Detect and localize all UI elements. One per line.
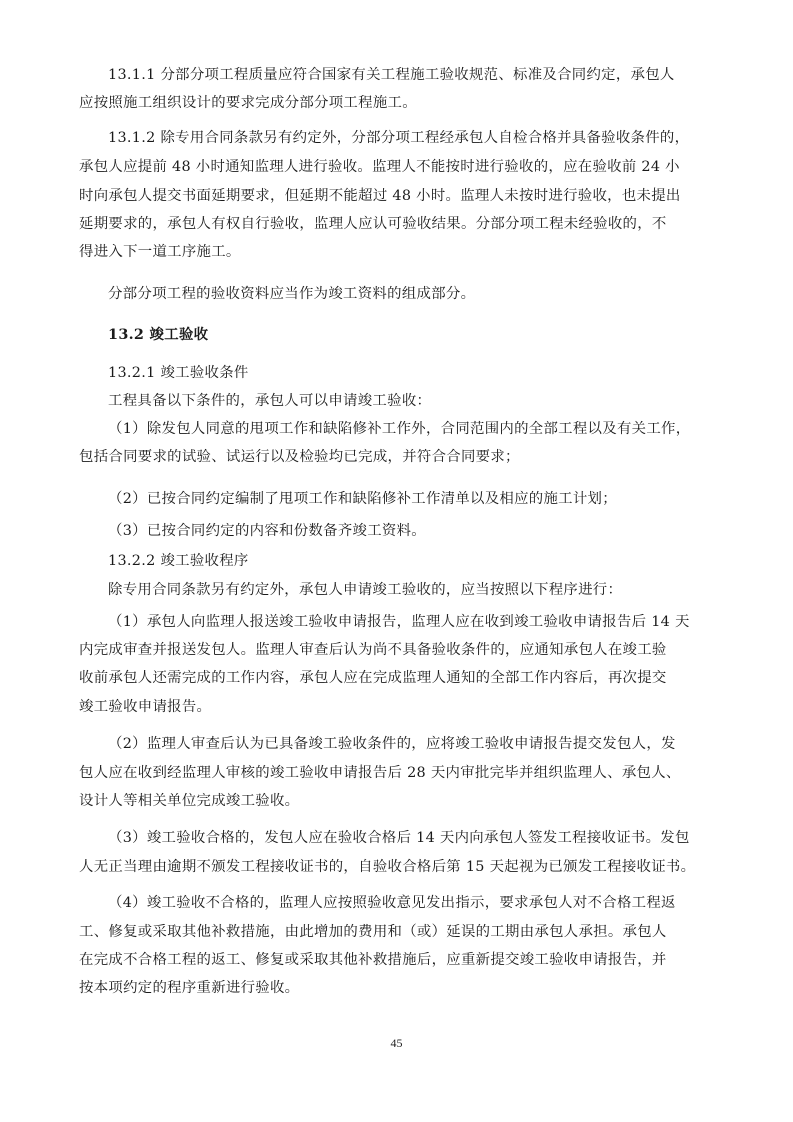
text-line: 除专用合同条款另有约定外，承包人申请竣工验收的，应当按照以下程序进行： bbox=[108, 580, 622, 600]
text-line: 13.1.1 分部分项工程质量应符合国家有关工程施工验收规范、标准及合同约定，承… bbox=[108, 65, 675, 85]
text-line: 包人应在收到经监理人审核的竣工验收申请报告后 28 天内审批完毕并组织监理人、承… bbox=[79, 763, 681, 783]
text-line: 得进入下一道工序施工。 bbox=[79, 242, 241, 262]
text-line: 收前承包人还需完成的工作内容，承包人应在完成监理人通知的全部工作内容后，再次提交 bbox=[79, 668, 667, 688]
text-line: （2）已按合同约定编制了甩项工作和缺陷修补工作清单以及相应的施工计划； bbox=[108, 489, 617, 509]
text-line: （1）除发包人同意的甩项工作和缺陷修补工作外，合同范围内的全部工程以及有关工作， bbox=[108, 419, 690, 439]
text-line: 时向承包人提交书面延期要求，但延期不能超过 48 小时。监理人未按时进行验收，也… bbox=[79, 186, 681, 206]
text-line: 应按照施工组织设计的要求完成分部分项工程施工。 bbox=[79, 93, 417, 113]
text-line: （2）监理人审查后认为已具备竣工验收条件的，应将竣工验收申请报告提交发包人，发 bbox=[108, 734, 676, 754]
text-line: 承包人应提前 48 小时通知监理人进行验收。监理人不能按时进行验收的，应在验收前… bbox=[79, 157, 680, 177]
text-line: （4）竣工验收不合格的，监理人应按照验收意见发出指示，要求承包人对不合格工程返 bbox=[108, 893, 676, 913]
text-line: 在完成不合格工程的返工、修复或采取其他补救措施后，应重新提交竣工验收申请报告，并 bbox=[79, 950, 667, 970]
text-line: （3）已按合同约定的内容和份数备齐竣工资料。 bbox=[108, 521, 426, 541]
text-line: 工程具备以下条件的，承包人可以申请竣工验收： bbox=[108, 391, 431, 411]
text-line: （1）承包人向监理人报送竣工验收申请报告，监理人应在收到竣工验收申请报告后 14… bbox=[108, 612, 690, 632]
text-line: 按本项约定的程序重新进行验收。 bbox=[79, 978, 299, 998]
text-line: 竣工验收申请报告。 bbox=[79, 697, 211, 717]
text-line: 包括合同要求的试验、试运行以及检验均已完成，并符合合同要求； bbox=[79, 447, 520, 467]
text-line: 13.1.2 除专用合同条款另有约定外，分部分项工程经承包人自检合格并具备验收条… bbox=[108, 128, 689, 148]
text-line: （3）竣工验收合格的，发包人应在验收合格后 14 天内向承包人签发工程接收证书。… bbox=[108, 828, 690, 848]
page-number: 45 bbox=[0, 1036, 793, 1051]
text-line: 人无正当理由逾期不颁发工程接收证书的，自验收合格后第 15 天起视为已颁发工程接… bbox=[79, 857, 695, 877]
text-line: 内完成审查并报送发包人。监理人审查后认为尚不具备验收条件的，应通知承包人在竣工验 bbox=[79, 640, 667, 660]
text-line: 工、修复或采取其他补救措施，由此增加的费用和（或）延误的工期由承包人承担。承包人 bbox=[79, 922, 667, 942]
text-line: 13.2.2 竣工验收程序 bbox=[108, 551, 249, 571]
text-line: 分部分项工程的验收资料应当作为竣工资料的组成部分。 bbox=[108, 284, 475, 304]
text-line: 13.2.1 竣工验收条件 bbox=[108, 363, 249, 383]
text-line: 设计人等相关单位完成竣工验收。 bbox=[79, 791, 299, 811]
section-heading: 13.2 竣工验收 bbox=[108, 325, 208, 345]
text-line: 延期要求的，承包人有权自行验收，监理人应认可验收结果。分部分项工程未经验收的，不 bbox=[79, 214, 667, 234]
